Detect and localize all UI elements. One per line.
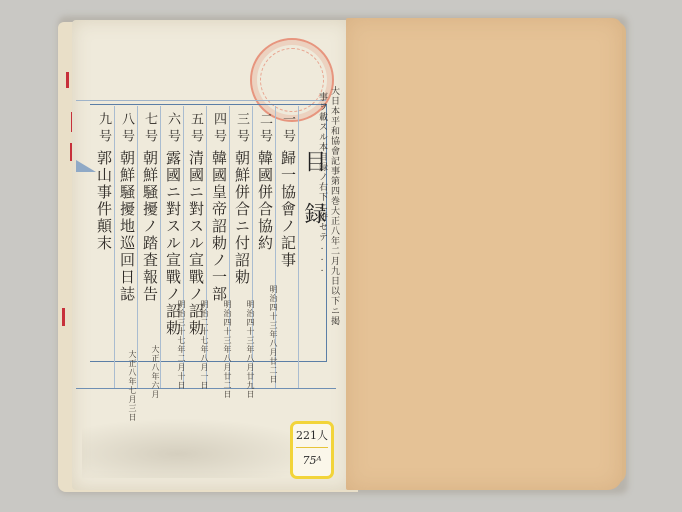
entry-title: 郭山事件顛末 bbox=[94, 150, 115, 252]
entry-date: 明治四十三年八月廿二日 bbox=[268, 285, 279, 384]
call-number-top: 221人 bbox=[293, 427, 331, 443]
entry-number: 八号 bbox=[117, 112, 136, 146]
ruled-border-top bbox=[76, 100, 326, 101]
entry-title: 朝鮮騒擾ノ踏査報告 bbox=[140, 150, 161, 303]
book-cover-flap bbox=[346, 18, 622, 490]
entry-date: 明治二十七年八月一日 bbox=[199, 300, 210, 390]
entry-number: 一号 bbox=[278, 112, 297, 146]
entry-number: 五号 bbox=[186, 112, 205, 146]
entry-number: 九号 bbox=[94, 112, 113, 146]
entry-date: 大正八年七月三日 bbox=[127, 350, 138, 422]
margin-note: 大日本平和協會記事第四巻大正八年二月九日以下ニ掲 bbox=[328, 86, 341, 326]
entry-title: 歸一協會ノ記事 bbox=[278, 150, 299, 269]
margin-note: 事ヲ載スル本目録ノ右下ニ併セテ... bbox=[316, 92, 329, 275]
entry-date: 明治四十三年八月廿九日 bbox=[245, 300, 256, 399]
entry-date: 明治三十七年二月十日 bbox=[176, 300, 187, 390]
entry-date: 明治四十三年八月廿二日 bbox=[222, 300, 233, 399]
entry-title: 韓國併合協約 bbox=[255, 150, 276, 252]
entry-title: 朝鮮騒擾地巡回日誌 bbox=[117, 150, 138, 303]
library-call-number-label: 221人 75ᴬ bbox=[290, 421, 334, 479]
call-number-bottom: 75ᴬ bbox=[293, 454, 331, 467]
entry-number: 二号 bbox=[255, 112, 274, 146]
entry-number: 三号 bbox=[232, 112, 251, 146]
page-stain bbox=[82, 418, 322, 478]
entry-number: 七号 bbox=[140, 112, 159, 146]
entry-date: 大正八年六月 bbox=[150, 345, 161, 399]
entry-title: 韓國皇帝詔勅ノ一部 bbox=[209, 150, 230, 303]
red-page-marker bbox=[66, 72, 69, 88]
entry-number: 六号 bbox=[163, 112, 182, 146]
entry-number: 四号 bbox=[209, 112, 228, 146]
entry-title: 朝鮮併合ニ付詔勅 bbox=[232, 150, 253, 286]
red-page-marker bbox=[62, 308, 65, 326]
label-divider bbox=[296, 447, 328, 448]
